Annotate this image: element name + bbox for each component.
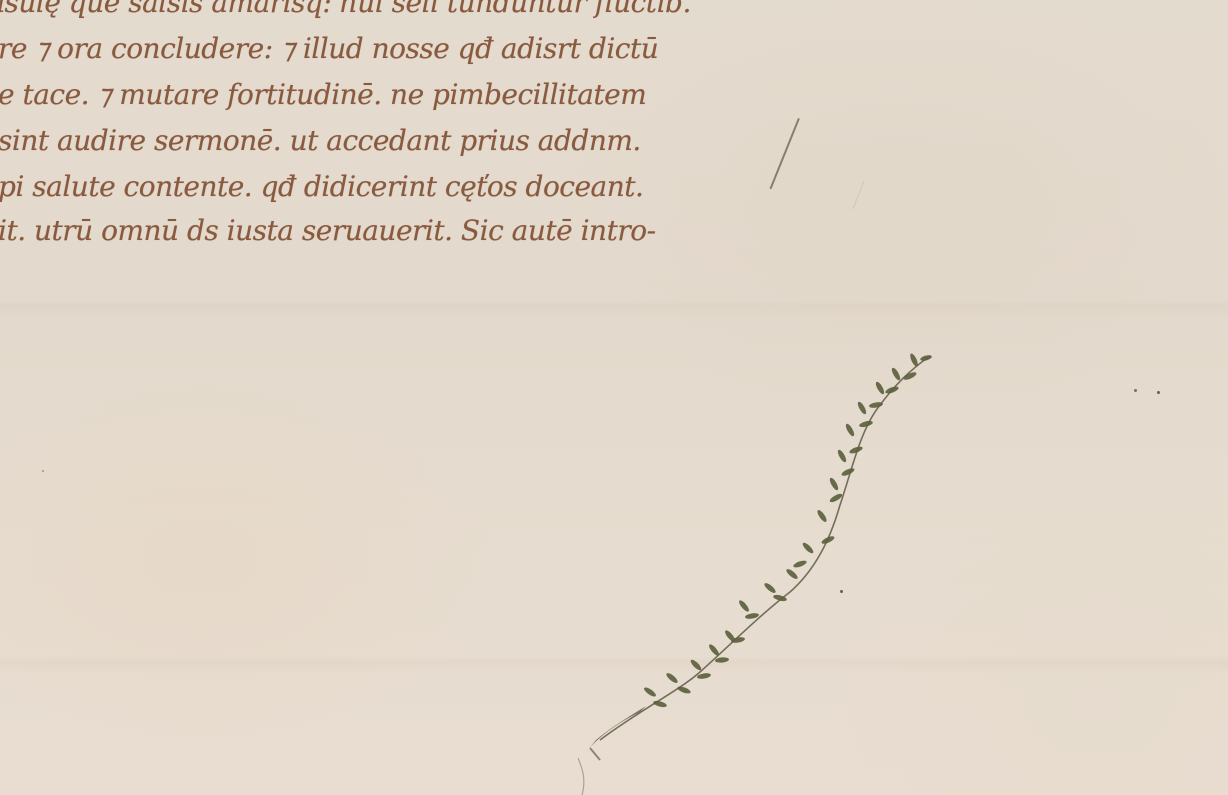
manuscript-page: ısulę que salsis amarisq: hui seli tundu… [0, 0, 1228, 795]
vine-drawing [0, 0, 1228, 795]
